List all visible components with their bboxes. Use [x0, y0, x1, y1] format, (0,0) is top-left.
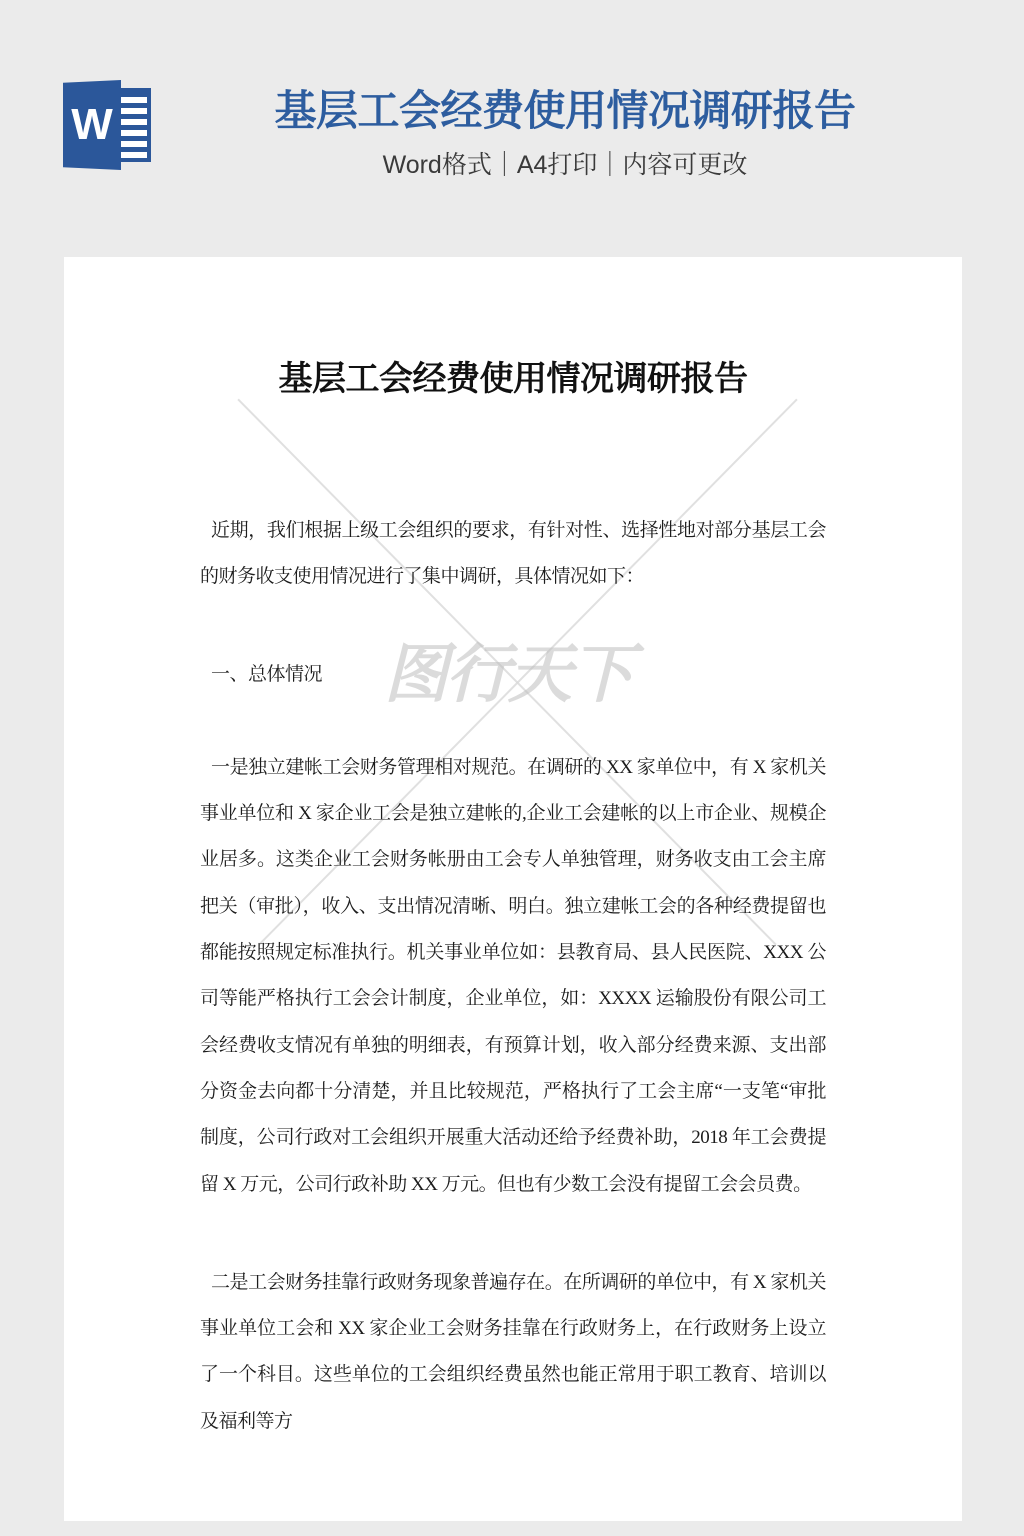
page-title: 基层工会经费使用情况调研报告 [120, 86, 1010, 136]
paragraph: 一是独立建帐工会财务管理相对规范。在调研的 XX 家单位中，有 X 家机关事业单… [200, 745, 826, 1208]
paragraph: 近期，我们根据上级工会组织的要求，有针对性、选择性地对部分基层工会的财务收支使用… [200, 508, 826, 601]
document-content: 基层工会经费使用情况调研报告 近期，我们根据上级工会组织的要求，有针对性、选择性… [64, 359, 962, 1445]
document-title: 基层工会经费使用情况调研报告 [200, 359, 826, 401]
document-paper: 图行天下 基层工会经费使用情况调研报告 近期，我们根据上级工会组织的要求，有针对… [64, 257, 962, 1521]
paragraph: 二是工会财务挂靠行政财务现象普遍存在。在所调研的单位中，有 X 家机关事业单位工… [200, 1260, 826, 1445]
word-logo-letter: W [71, 100, 113, 150]
page-subtitle: Word格式｜A4打印｜内容可更改 [120, 150, 1010, 180]
section-heading: 一、总体情况 [200, 652, 826, 698]
template-preview-page: W 基层工会经费使用情况调研报告 Word格式｜A4打印｜内容可更改 图行天下 … [0, 0, 1024, 1536]
header-text-block: 基层工会经费使用情况调研报告 Word格式｜A4打印｜内容可更改 [120, 86, 1010, 180]
header: W 基层工会经费使用情况调研报告 Word格式｜A4打印｜内容可更改 [0, 0, 1024, 257]
word-logo-panel-icon: W [63, 80, 121, 170]
